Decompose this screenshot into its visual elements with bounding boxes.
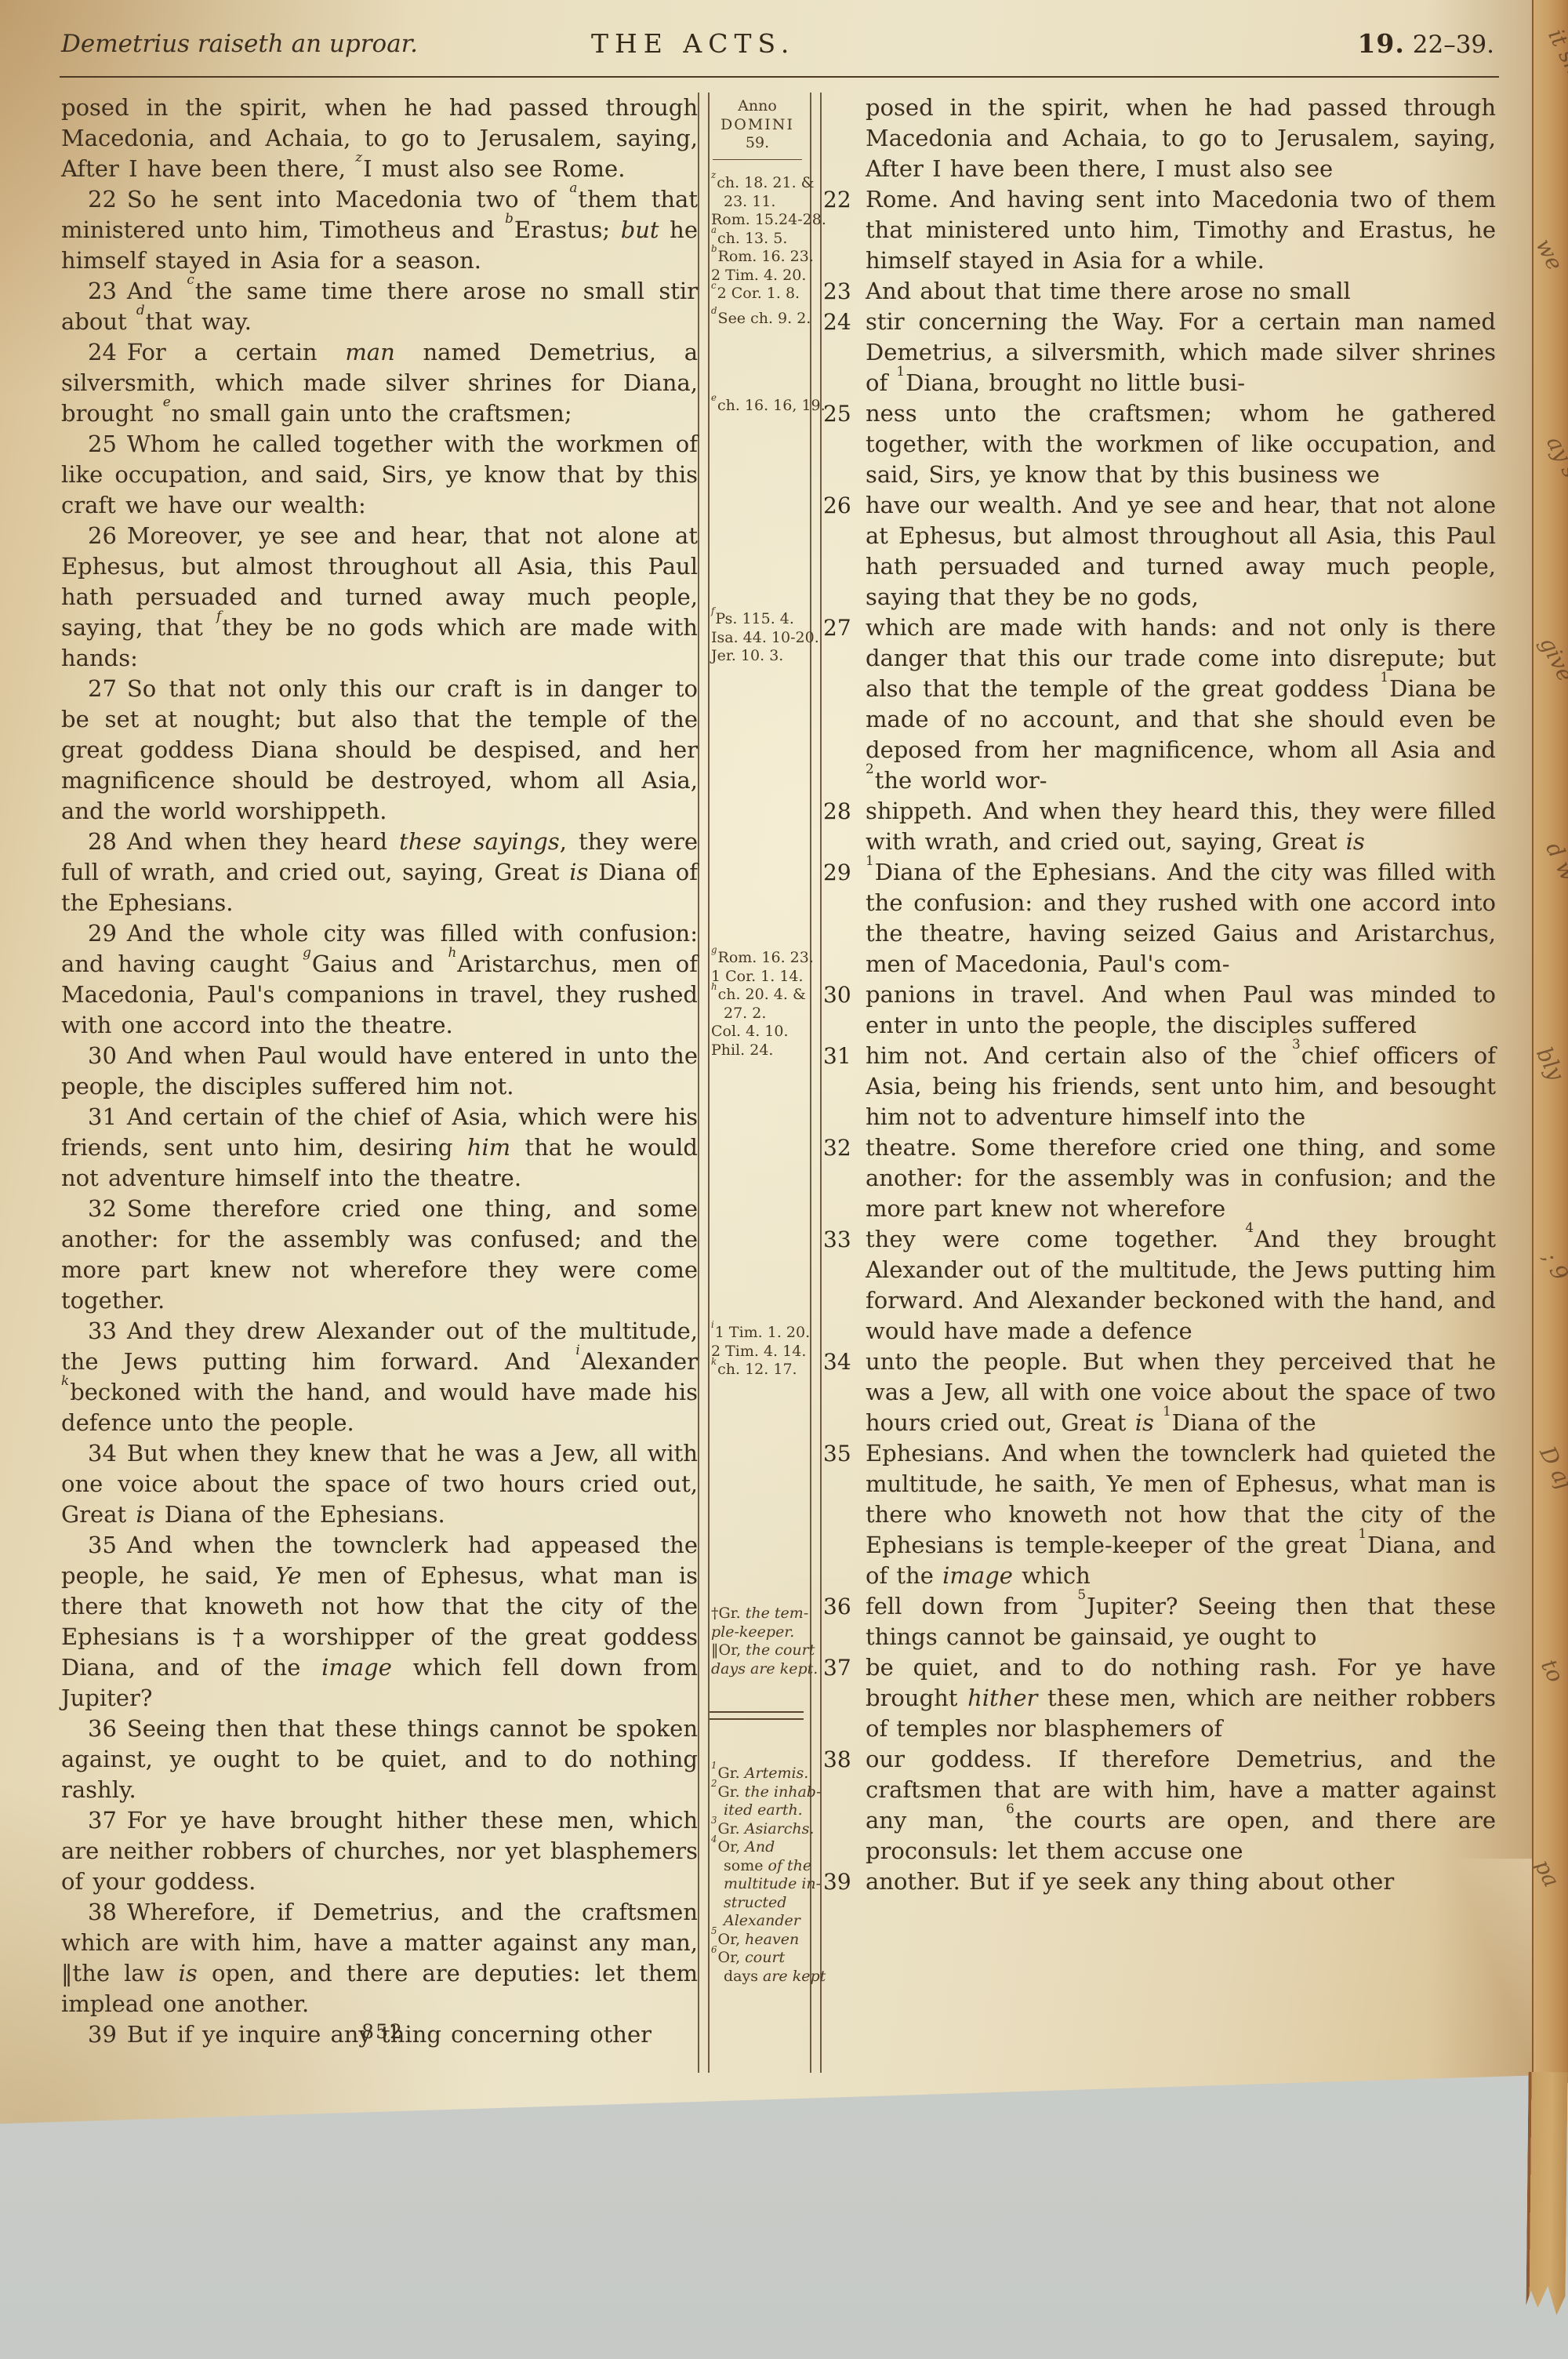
reference-mark: d	[136, 302, 145, 318]
rv-verse-text: posed in the spirit, when he had passed …	[866, 93, 1496, 184]
anno-line: DOMINI	[710, 116, 805, 135]
rv-verse-text: have our wealth. And ye see and hear, th…	[866, 490, 1496, 612]
rv-segment-32: 32theatre. Some therefore cried one thin…	[866, 1132, 1496, 1224]
verse-number: 33	[88, 1318, 117, 1344]
rv-verse-text: fell down from 5Jupiter? Seeing then tha…	[866, 1591, 1496, 1652]
margin-note-line: 3Gr. Asiarchs.	[711, 1820, 810, 1839]
edge-text-fragment: ; 9	[1537, 1248, 1568, 1285]
kjv-verse-34: 34But when they knew that he was a Jew, …	[61, 1438, 698, 1530]
margin-note-group: ech. 16. 16, 19.	[711, 397, 810, 416]
verse-number: 24	[823, 309, 851, 335]
rv-segment-27: 27which are made with hands: and not onl…	[866, 612, 1496, 796]
verse-number: 29	[823, 860, 851, 885]
kjv-verse-33: 33And they drew Alexander out of the mul…	[61, 1316, 698, 1438]
rv-verse-text: stir concerning the Way. For a certain m…	[866, 307, 1496, 398]
reference-mark: h	[711, 981, 717, 992]
margin-note-line: ple-keeper.	[711, 1623, 810, 1642]
rv-segment-34: 34unto the people. But when they perceiv…	[866, 1347, 1496, 1438]
kjv-verse-25: 25Whom he called together with the workm…	[61, 429, 698, 521]
verse-number: 36	[823, 1594, 851, 1619]
reference-mark: c	[187, 271, 194, 287]
reference-mark: z	[355, 149, 362, 165]
margin-note-line: days are kept	[711, 1968, 810, 1986]
margin-note-line: gRom. 16. 23.	[711, 949, 810, 968]
kjv-verse-38: 38Wherefore, if Demetrius, and the craft…	[61, 1897, 698, 2019]
reference-mark: i	[711, 1319, 714, 1330]
verse-number: 35	[88, 1532, 117, 1558]
reference-mark: 1	[896, 363, 905, 379]
anno-line: Anno	[710, 97, 805, 116]
edge-text-fragment: d w	[1541, 838, 1568, 885]
verse-number: 28	[88, 828, 117, 855]
edge-text-fragment: pa	[1532, 1856, 1565, 1892]
margin-note-line: Isa. 44. 10-20.	[711, 629, 810, 648]
reference-mark: a	[569, 180, 577, 195]
rv-segment-continuation: posed in the spirit, when he had passed …	[866, 93, 1496, 184]
reference-mark: 2	[866, 761, 874, 776]
adjacent-page-edge: it shweay'sgived wbly; 9D aftopa	[1532, 0, 1568, 2083]
rv-segment-37: 37be quiet, and to do nothing rash. For …	[866, 1652, 1496, 1744]
italic-text: these sayings	[399, 828, 560, 855]
reference-mark: b	[505, 210, 514, 226]
reference-mark: f	[216, 608, 221, 623]
margin-note-group: i1 Tim. 1. 20.2 Tim. 4. 14.kch. 12. 17.	[711, 1324, 810, 1379]
book-title: THE ACTS.	[591, 28, 795, 59]
margin-note-line: 2 Tim. 4. 14.	[711, 1343, 810, 1361]
verse-number: 27	[823, 615, 851, 641]
reference-mark: 5	[711, 1925, 717, 1936]
rv-verse-text: him not. And certain also of the 3chief …	[866, 1041, 1496, 1132]
reference-mark: d	[711, 305, 717, 316]
rv-segment-38: 38our goddess. If therefore Demetrius, a…	[866, 1744, 1496, 1866]
verse-number: 39	[88, 2021, 117, 2048]
page-header: Demetrius raiseth an uproar. THE ACTS. 1…	[61, 24, 1496, 72]
italic-text: days are kept.	[711, 1660, 818, 1677]
edge-text-fragment: we	[1532, 234, 1568, 274]
reference-mark: 5	[1077, 1587, 1086, 1602]
edge-text-fragment: D af	[1534, 1442, 1568, 1495]
verse-number: 31	[823, 1043, 851, 1069]
verse-number: 37	[823, 1655, 851, 1681]
chapter-reference: 19. 22–39.	[1357, 28, 1494, 59]
italic-text: him	[467, 1134, 510, 1161]
rv-verse-text: Rome. And having sent into Macedonia two…	[866, 184, 1496, 276]
kjv-verse-31: 31And certain of the chief of Asia, whic…	[61, 1102, 698, 1194]
margin-note-group: dSee ch. 9. 2.	[711, 310, 810, 329]
kjv-verse-23: 23And cthe same time there arose no smal…	[61, 276, 698, 337]
verse-number: 36	[88, 1715, 117, 1742]
rv-segment-33: 33they were come together. 4And they bro…	[866, 1224, 1496, 1347]
verse-number: 30	[88, 1042, 117, 1069]
reference-mark: 1	[711, 1760, 717, 1771]
italic-text: are kept	[763, 1968, 826, 1985]
italic-text: court	[745, 1949, 785, 1966]
torn-page-strip	[1526, 2072, 1567, 2316]
rv-segment-24: 24stir concerning the Way. For a certain…	[866, 307, 1496, 398]
reference-mark: k	[61, 1372, 69, 1388]
kjv-column: posed in the spirit, when he had passed …	[61, 93, 698, 2050]
chapter-number: 19.	[1357, 28, 1404, 59]
rv-verse-text: which are made with hands: and not only …	[866, 612, 1496, 796]
kjv-verse-30: 30And when Paul would have entered in un…	[61, 1041, 698, 1102]
rv-segment-35: 35Ephesians. And when the townclerk had …	[866, 1438, 1496, 1591]
verse-number: 34	[823, 1349, 851, 1375]
edge-text-fragment: give	[1534, 633, 1568, 686]
margin-note-line: 1 Cor. 1. 14.	[711, 968, 810, 987]
italic-text: but	[621, 216, 659, 243]
margin-note-line: 27. 2.	[711, 1005, 810, 1023]
verse-number: 23	[823, 278, 851, 304]
rv-verse-text: unto the people. But when they perceived…	[866, 1347, 1496, 1438]
kjv-verse-29: 29And the whole city was filled with con…	[61, 918, 698, 1041]
reference-mark: 1	[1163, 1403, 1171, 1419]
verse-number: 35	[823, 1441, 851, 1467]
verse-number: 32	[823, 1135, 851, 1161]
verse-number: 26	[823, 493, 851, 518]
verse-number: 28	[823, 798, 851, 824]
kjv-verse-24: 24For a certain man named Demetrius, a s…	[61, 337, 698, 429]
margin-note-line: 5Or, heaven	[711, 1931, 810, 1950]
reference-mark: 1	[1358, 1525, 1367, 1541]
italic-text: the tem-	[746, 1605, 808, 1622]
italic-text: Artemis.	[745, 1765, 809, 1782]
reference-mark: e	[711, 392, 717, 403]
italic-text: ple-keeper.	[711, 1623, 794, 1641]
kjv-verse-continuation: posed in the spirit, when he had passed …	[61, 93, 698, 184]
rv-segment-22: 22Rome. And having sent into Macedonia t…	[866, 184, 1496, 276]
margin-note-line: 23. 11.	[711, 193, 810, 212]
margin-note-line: ach. 13. 5.	[711, 230, 810, 249]
reference-mark: 4	[711, 1834, 717, 1845]
rv-segment-29: 291Diana of the Ephesians. And the city …	[866, 857, 1496, 980]
italic-text: is	[179, 1960, 198, 1986]
kjv-verse-35: 35And when the townclerk had appeased th…	[61, 1530, 698, 1714]
margin-note-line: days are kept.	[711, 1660, 810, 1679]
reference-mark: c	[711, 280, 717, 291]
italic-text: ited earth.	[724, 1801, 803, 1819]
rv-segment-39: 39another. But if ye seek any thing abou…	[866, 1866, 1496, 1897]
header-rule	[60, 76, 1499, 78]
rv-segment-28: 28shippeth. And when they heard this, th…	[866, 796, 1496, 857]
margin-note-line: bRom. 16. 23.	[711, 248, 810, 267]
edge-text-fragment: to	[1536, 1655, 1568, 1686]
italic-text: heaven	[745, 1931, 799, 1948]
margin-note-line: 4Or, And	[711, 1838, 810, 1857]
reference-mark: 3	[1292, 1036, 1301, 1052]
rv-segment-31: 31him not. And certain also of the 3chie…	[866, 1041, 1496, 1132]
margin-note-line: Col. 4. 10.	[711, 1023, 810, 1041]
kjv-verse-37: 37For ye have brought hither these men, …	[61, 1805, 698, 1897]
reference-mark: 2	[711, 1778, 717, 1789]
margin-note-group: †Gr. the tem-ple-keeper.‖Or, the courtda…	[711, 1605, 810, 1678]
margin-note-line: i1 Tim. 1. 20.	[711, 1324, 810, 1343]
verse-number: 39	[823, 1869, 851, 1895]
reference-mark: 6	[1006, 1801, 1014, 1816]
anno-domini-note: Anno DOMINI 59.	[710, 97, 805, 160]
margin-references-column: Anno DOMINI 59. zch. 18. 21. &23. 11.Rom…	[710, 93, 810, 2073]
reference-mark: f	[711, 605, 714, 616]
anno-rule	[713, 159, 802, 160]
verse-number: 23	[88, 278, 117, 304]
rv-verse-text: And about that time there arose no small	[866, 276, 1496, 307]
margin-note-line: fPs. 115. 4.	[711, 610, 810, 629]
rv-segment-23: 23And about that time there arose no sma…	[866, 276, 1496, 307]
margin-note-line: Phil. 24.	[711, 1041, 810, 1060]
verse-number: 26	[88, 522, 117, 549]
edge-text-fragment: it sh	[1543, 25, 1568, 80]
rv-verse-text: our goddess. If therefore Demetrius, and…	[866, 1744, 1496, 1866]
italic-text: the inhab-	[745, 1783, 822, 1801]
rv-verse-text: ness unto the craftsmen; whom he gathere…	[866, 398, 1496, 490]
edge-text-fragment: ay's	[1541, 432, 1568, 482]
italic-text: multitude in-	[724, 1875, 821, 1892]
reference-mark: i	[575, 1342, 579, 1358]
italic-text: Asiarchs.	[745, 1820, 815, 1837]
margin-note-group: 1Gr. Artemis.2Gr. the inhab-ited earth.3…	[711, 1765, 810, 1986]
verse-number: 32	[88, 1195, 117, 1222]
verse-number: 38	[88, 1899, 117, 1925]
italic-text: structed	[724, 1894, 786, 1911]
italic-text: Alexander	[724, 1912, 800, 1929]
bible-page: Demetrius raiseth an uproar. THE ACTS. 1…	[0, 0, 1568, 2127]
margin-note-group: zch. 18. 21. &23. 11.Rom. 15.24-28.ach. …	[711, 174, 810, 304]
italic-text: man	[345, 339, 394, 365]
verse-number: 29	[88, 920, 117, 947]
rv-column: posed in the spirit, when he had passed …	[822, 93, 1496, 1897]
kjv-verse-22: 22So he sent into Macedonia two of athem…	[61, 184, 698, 276]
italic-text: image	[942, 1562, 1013, 1589]
rv-segment-25: 25ness unto the craftsmen; whom he gathe…	[866, 398, 1496, 490]
italic-text: And	[745, 1838, 775, 1856]
rv-verse-text: shippeth. And when they heard this, they…	[866, 796, 1496, 857]
verse-number: 25	[823, 401, 851, 427]
verse-number: 27	[88, 675, 117, 702]
text-columns: posed in the spirit, when he had passed …	[61, 93, 1496, 2073]
verse-number: 34	[88, 1440, 117, 1467]
rv-verse-text: another. But if ye seek any thing about …	[866, 1866, 1496, 1897]
reference-mark: e	[163, 394, 171, 409]
margin-note-line: kch. 12. 17.	[711, 1361, 810, 1379]
margin-note-line: 2Gr. the inhab-	[711, 1783, 810, 1802]
verse-number: 22	[823, 187, 851, 213]
verse-number: 22	[88, 186, 117, 213]
margin-note-line: 2 Tim. 4. 20.	[711, 267, 810, 285]
italic-text: is	[1346, 828, 1365, 855]
edge-text-fragment: bly	[1532, 1043, 1568, 1085]
margin-note-line: c2 Cor. 1. 8.	[711, 285, 810, 304]
reference-mark: b	[711, 243, 717, 254]
reference-mark: g	[303, 944, 311, 960]
margin-note-line: †Gr. the tem-	[711, 1605, 810, 1623]
rv-segment-36: 36fell down from 5Jupiter? Seeing then t…	[866, 1591, 1496, 1652]
column-divider-right	[810, 93, 822, 2073]
kjv-verse-28: 28And when they heard these sayings, the…	[61, 827, 698, 918]
margin-note-line: structed	[711, 1894, 810, 1913]
italic-text: is	[1135, 1409, 1154, 1436]
kjv-verse-32: 32Some therefore cried one thing, and so…	[61, 1194, 698, 1316]
rv-segment-30: 30panions in travel. And when Paul was m…	[866, 980, 1496, 1041]
margin-note-line: ‖Or, the court	[711, 1641, 810, 1660]
reference-mark: 4	[1245, 1219, 1254, 1235]
rv-verse-text: Ephesians. And when the townclerk had qu…	[866, 1438, 1496, 1591]
reference-mark: g	[711, 944, 717, 955]
verse-number: 31	[88, 1103, 117, 1130]
italic-text: of the	[768, 1857, 812, 1874]
italic-text: Ye	[275, 1562, 302, 1589]
reference-mark: z	[711, 169, 716, 180]
italic-text: the court	[746, 1641, 815, 1659]
verse-number: 37	[88, 1807, 117, 1834]
kjv-verse-26: 26Moreover, ye see and hear, that not al…	[61, 521, 698, 674]
margin-note-line: ited earth.	[711, 1801, 810, 1820]
italic-text: hither	[967, 1685, 1037, 1711]
page-number: 852	[304, 2020, 461, 2043]
verse-number: 30	[823, 982, 851, 1008]
margin-note-line: some of the	[711, 1857, 810, 1876]
reference-mark: k	[711, 1356, 717, 1367]
verse-number: 38	[823, 1747, 851, 1772]
reference-mark: 1	[1380, 669, 1388, 685]
rv-verse-text: theatre. Some therefore cried one thing,…	[866, 1132, 1496, 1224]
margin-note-line: Jer. 10. 3.	[711, 647, 810, 666]
italic-text: is	[136, 1501, 154, 1528]
margin-note-line: 6Or, court	[711, 1949, 810, 1968]
rv-verse-text: panions in travel. And when Paul was min…	[866, 980, 1496, 1041]
rv-verse-text: 1Diana of the Ephesians. And the city wa…	[866, 857, 1496, 980]
verse-number: 24	[88, 339, 117, 365]
rv-verse-text: be quiet, and to do nothing rash. For ye…	[866, 1652, 1496, 1744]
margin-note-line: ech. 16. 16, 19.	[711, 397, 810, 416]
verse-range: 22–39.	[1413, 31, 1494, 59]
margin-note-group: gRom. 16. 23.1 Cor. 1. 14.hch. 20. 4. &2…	[711, 949, 810, 1060]
rv-verse-text: they were come together. 4And they broug…	[866, 1224, 1496, 1347]
kjv-verse-36: 36Seeing then that these things cannot b…	[61, 1714, 698, 1805]
margin-note-group: fPs. 115. 4.Isa. 44. 10-20.Jer. 10. 3.	[711, 610, 810, 666]
reference-mark: 1	[866, 852, 874, 868]
reference-mark: 6	[711, 1944, 717, 1955]
column-divider-left	[698, 93, 710, 2073]
italic-text: is	[569, 859, 588, 885]
italic-text: image	[321, 1654, 392, 1681]
reference-mark: a	[711, 224, 717, 235]
verse-number: 25	[88, 431, 117, 457]
margin-note-line: multitude in-	[711, 1875, 810, 1894]
margin-note-line: Rom. 15.24-28.	[711, 211, 810, 230]
margin-note-line: zch. 18. 21. &	[711, 174, 810, 193]
anno-line: 59.	[710, 134, 805, 153]
running-head: Demetrius raiseth an uproar.	[61, 30, 418, 58]
margin-double-rule	[710, 1711, 804, 1720]
verse-number: 33	[823, 1227, 851, 1252]
margin-note-line: hch. 20. 4. &	[711, 986, 810, 1005]
reference-mark: 3	[711, 1815, 717, 1826]
margin-note-line: 1Gr. Artemis.	[711, 1765, 810, 1783]
rv-segment-26: 26have our wealth. And ye see and hear, …	[866, 490, 1496, 612]
margin-note-line: dSee ch. 9. 2.	[711, 310, 810, 329]
reference-mark: h	[448, 944, 456, 960]
margin-note-line: Alexander	[711, 1912, 810, 1931]
kjv-verse-27: 27So that not only this our craft is in …	[61, 674, 698, 827]
